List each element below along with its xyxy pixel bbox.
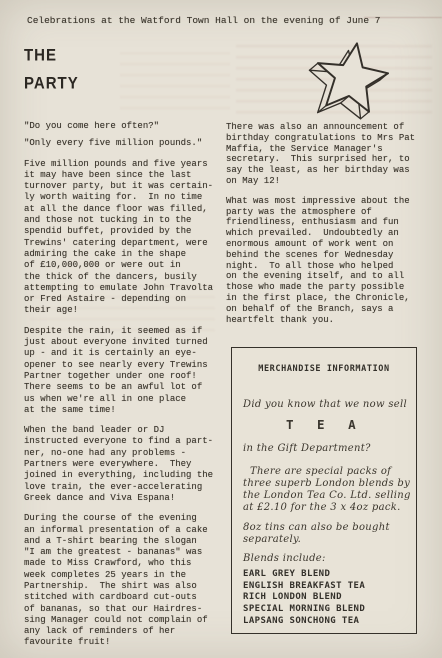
blend-list-item: RICH LONDON BLEND [243, 592, 365, 604]
dialogue-quote-2: "Only every five million pounds." [24, 138, 224, 149]
merchandise-body-paragraph: 8oz tins can also be bought separately. [243, 522, 411, 546]
body-paragraph: There was also an announcement of birthd… [226, 122, 428, 187]
blend-list-item: SPECIAL MORNING BLEND [243, 604, 365, 616]
blend-list-item: LAPSANG SONCHONG TEA [243, 616, 365, 628]
blends-label: Blends include: [243, 553, 326, 565]
merchandise-box-title: MERCHANDISE INFORMATION [232, 364, 416, 374]
merchandise-information-box: MERCHANDISE INFORMATION Did you know tha… [231, 347, 417, 634]
body-paragraph: Despite the rain, it seemed as if just a… [24, 326, 224, 416]
merchandise-intro-line: Did you know that we now sell [243, 399, 407, 411]
dialogue-quote-1: "Do you come here often?" [24, 121, 224, 132]
body-paragraph: What was most impressive about the party… [226, 196, 428, 326]
body-paragraph: When the band leader or DJ instructed ev… [24, 425, 224, 504]
blend-list-item: ENGLISH BREAKFAST TEA [243, 581, 365, 593]
body-paragraph: Five million pounds and five years it ma… [24, 159, 224, 317]
article-left-column: "Do you come here often?" "Only every fi… [24, 121, 224, 658]
blend-list-item: EARL GREY BLEND [243, 569, 365, 581]
merchandise-location-line: in the Gift Department? [243, 443, 371, 455]
blends-list: EARL GREY BLEND ENGLISH BREAKFAST TEA RI… [243, 569, 365, 628]
body-paragraph: During the course of the evening an info… [24, 513, 224, 649]
article-right-column: There was also an announcement of birthd… [226, 122, 428, 334]
merchandise-body-paragraph: There are special packs of three superb … [243, 466, 411, 514]
star-icon [292, 31, 405, 127]
page-header-caption: Celebrations at the Watford Town Hall on… [27, 15, 380, 26]
bleed-through-texture [120, 52, 230, 114]
newsletter-scan-page: Celebrations at the Watford Town Hall on… [0, 0, 442, 658]
article-title-line1: THE [24, 46, 57, 64]
merchandise-product-name: T E A [286, 417, 364, 432]
article-title-line2: PARTY [24, 74, 79, 92]
